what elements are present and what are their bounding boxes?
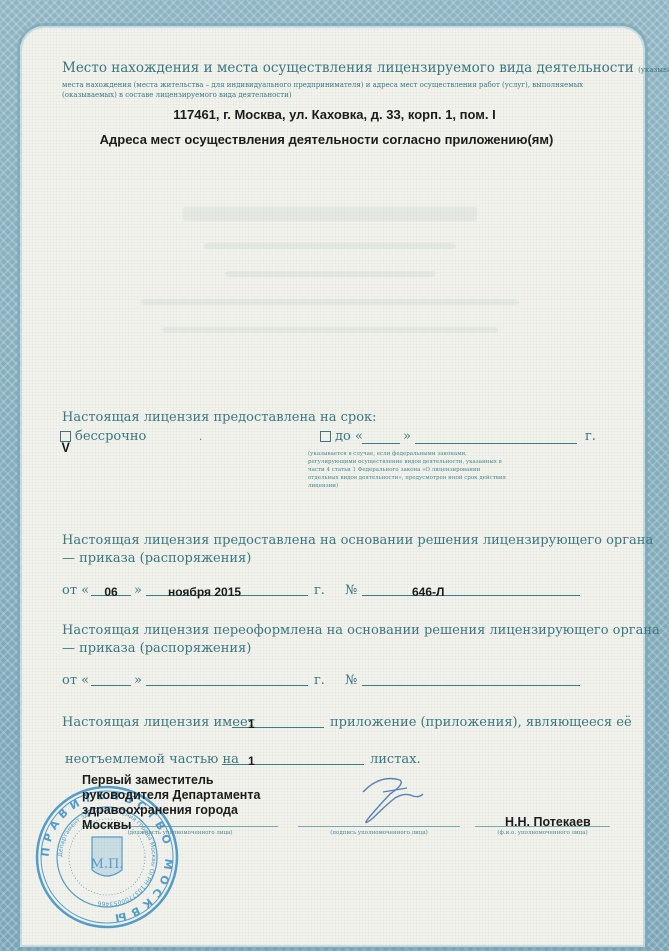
until-prefix: до « bbox=[335, 429, 363, 444]
position-line: Москвы bbox=[82, 818, 260, 833]
position-line: Первый заместитель bbox=[82, 773, 260, 788]
term-until-option[interactable]: до « bbox=[320, 429, 363, 444]
section-title-location: Место нахождения и места осуществления л… bbox=[62, 60, 669, 76]
grant-heading-1: Настоящая лицензия предоставлена на осно… bbox=[62, 533, 653, 548]
grant-quote: » bbox=[134, 583, 142, 598]
appendix-sheets-field[interactable]: 1 bbox=[222, 750, 364, 765]
grant-from-label: от « bbox=[62, 583, 89, 598]
grant-day: 06 bbox=[104, 585, 117, 599]
reissue-quote: » bbox=[134, 673, 142, 688]
reissue-number-field[interactable] bbox=[362, 671, 580, 686]
appendix-sheets: 1 bbox=[248, 754, 255, 768]
dot: . bbox=[199, 432, 202, 443]
grant-month-year: ноября 2015 bbox=[168, 585, 241, 599]
term-unlimited-option[interactable]: бессрочно bbox=[60, 429, 146, 444]
reissue-from-label: от « bbox=[62, 673, 89, 688]
appendix-count: 1 bbox=[248, 717, 255, 731]
section-subtitle: места нахождения (места жительства – для… bbox=[62, 80, 602, 100]
appendix-suffix: листах. bbox=[370, 752, 421, 767]
reverse-bleed-through bbox=[120, 185, 540, 385]
until-quote: » bbox=[403, 429, 411, 444]
position-line: здравоохранения города bbox=[82, 803, 260, 818]
term-note: (указывается в случае, если федеральными… bbox=[308, 450, 508, 490]
until-month-year-field[interactable] bbox=[415, 429, 577, 444]
reissue-number-label: № bbox=[345, 673, 357, 688]
appendix-prefix2: неотъемлемой частью на bbox=[65, 752, 239, 767]
until-checkbox[interactable] bbox=[320, 431, 331, 442]
grant-number: 646-Л bbox=[412, 585, 444, 599]
activity-places: Адреса мест осуществления деятельности с… bbox=[0, 132, 661, 147]
grant-heading-2: — приказа (распоряжения) bbox=[62, 551, 251, 566]
signer-name: Н.Н. Потекаев bbox=[505, 815, 591, 829]
term-heading: Настоящая лицензия предоставлена на срок… bbox=[62, 410, 377, 425]
check-mark: V bbox=[61, 439, 69, 455]
handwritten-signature bbox=[355, 772, 425, 827]
unlimited-label: бессрочно bbox=[75, 429, 146, 444]
signature-caption: (подпись уполномоченного лица) bbox=[298, 830, 460, 836]
reissue-heading-1: Настоящая лицензия переоформлена на осно… bbox=[62, 623, 660, 638]
until-year-suffix: г. bbox=[585, 429, 596, 444]
grant-number-label: № bbox=[345, 583, 357, 598]
appendix-middle: приложение (приложения), являющееся её bbox=[330, 715, 632, 730]
grant-day-field[interactable]: 06 bbox=[91, 581, 131, 596]
reissue-heading-2: — приказа (распоряжения) bbox=[62, 641, 251, 656]
reissue-year-suffix: г. bbox=[314, 673, 325, 688]
name-caption: (ф.и.о. уполномоченного лица) bbox=[475, 830, 610, 836]
grant-month-year-field[interactable]: ноября 2015 bbox=[146, 581, 308, 596]
grant-year-suffix: г. bbox=[314, 583, 325, 598]
title-note: (указываются адрес bbox=[638, 66, 669, 74]
title-text: Место нахождения и места осуществления л… bbox=[62, 60, 634, 76]
until-day-field[interactable] bbox=[362, 429, 400, 444]
svg-text:М.П.: М.П. bbox=[91, 857, 124, 872]
reissue-day-field[interactable] bbox=[91, 671, 131, 686]
reissue-month-year-field[interactable] bbox=[146, 671, 308, 686]
grant-number-field[interactable]: 646-Л bbox=[362, 581, 580, 596]
signer-position: Первый заместитель руководителя Департам… bbox=[82, 773, 260, 833]
main-address: 117461, г. Москва, ул. Каховка, д. 33, к… bbox=[0, 107, 669, 122]
appendix-count-field[interactable]: 1 bbox=[232, 713, 324, 728]
position-line: руководителя Департамента bbox=[82, 788, 260, 803]
appendix-prefix: Настоящая лицензия имеет bbox=[62, 715, 255, 730]
